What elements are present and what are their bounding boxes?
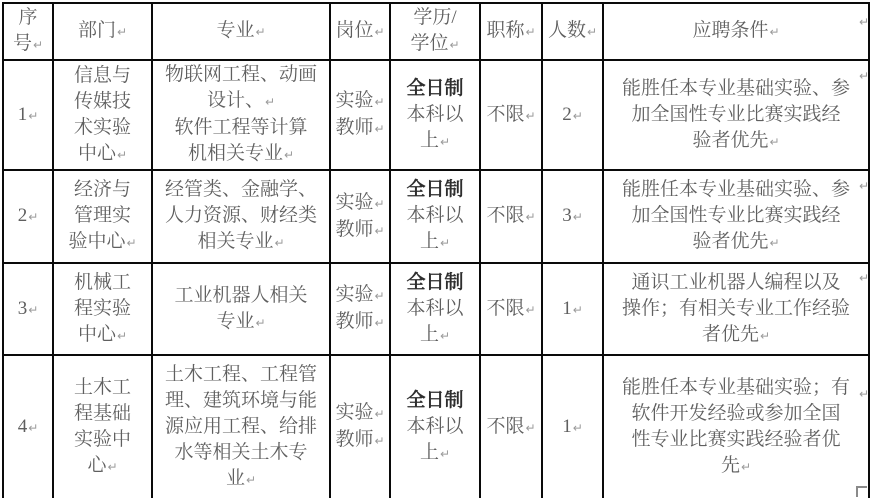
paragraph-mark-icon: ↵ [573, 210, 583, 224]
cell-position: 实验↵教师↵ [330, 263, 390, 355]
cell-position: 实验↵教师↵ [330, 355, 390, 498]
header-cell-conditions: 应聘条件↵ [603, 3, 869, 60]
education-bold-text: 全日制 [406, 78, 463, 99]
paragraph-mark-icon: ↵ [525, 25, 535, 39]
paragraph-mark-icon: ↵ [769, 135, 779, 149]
cell-conditions: 通识工业机器人编程以及 操作；有相关专业工作经验 者优先↵ [603, 263, 869, 355]
cell-no: 2↵ [3, 170, 53, 263]
cell-department: 土木工 程基础 实验中 心↵ [53, 355, 152, 498]
cell-text: 教师 [335, 311, 373, 332]
paragraph-mark-icon: ↵ [374, 197, 384, 211]
cell-text: 专业 [216, 20, 254, 41]
header-cell-department: 部门↵ [53, 3, 152, 60]
cell-text: 人数 [548, 20, 586, 41]
cell-title: 不限↵ [480, 355, 542, 498]
header-cell-title: 职称↵ [480, 3, 542, 60]
paragraph-mark-icon: ↵ [374, 316, 384, 330]
cell-text: 实验 [335, 402, 373, 423]
cell-text: 1 [18, 104, 28, 125]
cell-text: 2 [562, 104, 572, 125]
paragraph-mark-icon: ↵ [374, 434, 384, 448]
paragraph-mark-icon: ↵ [33, 38, 43, 52]
header-cell-education: 学历/ 学位↵ [390, 3, 480, 60]
cell-headcount: 3↵ [542, 170, 603, 263]
paragraph-mark-icon: ↵ [284, 148, 294, 162]
cell-text: 1 [562, 416, 572, 437]
cell-text: 3 [18, 298, 28, 319]
cell-text: 土木工程、工程管 理、建筑环境与能 源应用工程、给排 水等相关土木专 业 [165, 364, 317, 489]
cell-major: 工业机器人相关 专业↵ [152, 263, 330, 355]
cell-text: 岗位 [335, 20, 373, 41]
education-bold-text: 全日制 [406, 390, 463, 411]
paragraph-mark-icon: ↵ [374, 224, 384, 238]
cell-major: 物联网工程、动画 设计、↵软件工程等计算 机相关专业↵ [152, 60, 330, 170]
paragraph-mark-icon: ↵ [374, 289, 384, 303]
cell-text: 实验 [335, 90, 373, 111]
cell-title: 不限↵ [480, 263, 542, 355]
cell-text: 经管类、金融学、 人力资源、财经类 相关专业 [165, 179, 317, 252]
cell-text: 不限 [486, 205, 524, 226]
paragraph-mark-icon: ↵ [117, 148, 127, 162]
cell-text: 不限 [486, 298, 524, 319]
cell-no: 3↵ [3, 263, 53, 355]
cell-conditions: 能胜任本专业基础实验、参 加全国性专业比赛实践经 验者优先↵ [603, 170, 869, 263]
end-of-row-mark: ↵ [859, 272, 869, 284]
paragraph-mark-icon: ↵ [769, 236, 779, 250]
cell-text: 4 [18, 416, 28, 437]
cell-title: 不限↵ [480, 170, 542, 263]
education-bold-text: 全日制 [406, 272, 463, 293]
paragraph-mark-icon: ↵ [265, 95, 275, 109]
header-cell-position: 岗位↵ [330, 3, 390, 60]
cell-education: 全日制 本科以 上↵ [390, 60, 480, 170]
cell-text: 职称 [486, 20, 524, 41]
education-rest-text: 本科以 上 [406, 416, 463, 463]
cell-conditions: 能胜任本专业基础实验、参 加全国性专业比赛实践经 验者优先↵ [603, 60, 869, 170]
cell-text: 经济与 管理实 验中心 [68, 179, 131, 252]
cell-text: 教师 [335, 117, 373, 138]
paragraph-mark-icon: ↵ [525, 210, 535, 224]
cell-position: 实验↵教师↵ [330, 170, 390, 263]
paragraph-mark-icon: ↵ [374, 95, 384, 109]
cell-text: 能胜任本专业基础实验、参 加全国性专业比赛实践经 验者优先 [622, 78, 850, 151]
header-cell-headcount: 人数↵ [542, 3, 603, 60]
paragraph-mark-icon: ↵ [117, 329, 127, 343]
document-page: 序 号↵ 部门↵ 专业↵ 岗位↵ 学历/ 学位↵ 职称↵ 人数↵ 应聘条件↵ 1… [0, 0, 872, 498]
cell-text: 能胜任本专业基础实验、参 加全国性专业比赛实践经 验者优先 [622, 179, 850, 252]
paragraph-mark-icon: ↵ [274, 236, 284, 250]
cell-no: 4↵ [3, 355, 53, 498]
paragraph-mark-icon: ↵ [440, 447, 450, 461]
end-of-row-mark: ↵ [859, 16, 869, 28]
table-row: 2↵ 经济与 管理实 验中心↵ 经管类、金融学、 人力资源、财经类 相关专业↵ … [3, 170, 869, 263]
cell-text: 部门 [78, 20, 116, 41]
cell-text: 工业机器人相关 专业 [174, 285, 307, 332]
table-row: 4↵ 土木工 程基础 实验中 心↵ 土木工程、工程管 理、建筑环境与能 源应用工… [3, 355, 869, 498]
cell-text: 教师 [335, 219, 373, 240]
cell-text: 土木工 程基础 实验中 心 [74, 377, 131, 476]
paragraph-mark-icon: ↵ [374, 122, 384, 136]
end-of-row-mark: ↵ [859, 70, 869, 82]
cell-department: 机械工 程实验 中心↵ [53, 263, 152, 355]
cell-text: 应聘条件 [692, 20, 768, 41]
cell-education: 全日制 本科以 上↵ [390, 170, 480, 263]
cell-headcount: 2↵ [542, 60, 603, 170]
cell-headcount: 1↵ [542, 263, 603, 355]
table-resize-handle-icon [856, 486, 867, 497]
education-bold-text: 全日制 [406, 179, 463, 200]
paragraph-mark-icon: ↵ [449, 38, 459, 52]
paragraph-mark-icon: ↵ [117, 25, 127, 39]
header-cell-no: 序 号↵ [3, 3, 53, 60]
cell-department: 经济与 管理实 验中心↵ [53, 170, 152, 263]
cell-no: 1↵ [3, 60, 53, 170]
paragraph-mark-icon: ↵ [440, 135, 450, 149]
cell-text: 实验 [335, 284, 373, 305]
paragraph-mark-icon: ↵ [573, 421, 583, 435]
paragraph-mark-icon: ↵ [573, 109, 583, 123]
cell-text: 实验 [335, 192, 373, 213]
paragraph-mark-icon: ↵ [440, 236, 450, 250]
cell-education: 全日制 本科以 上↵ [390, 263, 480, 355]
paragraph-mark-icon: ↵ [28, 210, 38, 224]
table-row: 1↵ 信息与 传媒技 术实验 中心↵ 物联网工程、动画 设计、↵软件工程等计算 … [3, 60, 869, 170]
cell-text: 教师 [335, 429, 373, 450]
paragraph-mark-icon: ↵ [440, 329, 450, 343]
education-rest-text: 本科以 上 [406, 104, 463, 151]
paragraph-mark-icon: ↵ [760, 329, 770, 343]
cell-conditions: 能胜任本专业基础实验；有 软件开发经验或参加全国 性专业比赛实践经验者优 先↵ [603, 355, 869, 498]
cell-headcount: 1↵ [542, 355, 603, 498]
paragraph-mark-icon: ↵ [107, 460, 117, 474]
end-of-row-mark: ↵ [859, 388, 869, 400]
cell-department: 信息与 传媒技 术实验 中心↵ [53, 60, 152, 170]
cell-text: 1 [562, 298, 572, 319]
paragraph-mark-icon: ↵ [374, 25, 384, 39]
paragraph-mark-icon: ↵ [769, 25, 779, 39]
cell-text: 物联网工程、动画 设计、 [165, 64, 317, 111]
paragraph-mark-icon: ↵ [525, 421, 535, 435]
recruitment-table: 序 号↵ 部门↵ 专业↵ 岗位↵ 学历/ 学位↵ 职称↵ 人数↵ 应聘条件↵ 1… [2, 2, 870, 498]
header-cell-major: 专业↵ [152, 3, 330, 60]
paragraph-mark-icon: ↵ [741, 460, 751, 474]
paragraph-mark-icon: ↵ [525, 303, 535, 317]
paragraph-mark-icon: ↵ [126, 236, 136, 250]
cell-text: 不限 [486, 104, 524, 125]
cell-text: 3 [562, 205, 572, 226]
cell-major: 土木工程、工程管 理、建筑环境与能 源应用工程、给排 水等相关土木专 业↵ [152, 355, 330, 498]
paragraph-mark-icon: ↵ [246, 473, 256, 487]
cell-title: 不限↵ [480, 60, 542, 170]
cell-text: 不限 [486, 416, 524, 437]
paragraph-mark-icon: ↵ [255, 316, 265, 330]
cell-major: 经管类、金融学、 人力资源、财经类 相关专业↵ [152, 170, 330, 263]
paragraph-mark-icon: ↵ [28, 303, 38, 317]
end-of-row-mark: ↵ [859, 180, 869, 192]
header-row: 序 号↵ 部门↵ 专业↵ 岗位↵ 学历/ 学位↵ 职称↵ 人数↵ 应聘条件↵ [3, 3, 869, 60]
education-rest-text: 本科以 上 [406, 205, 463, 252]
cell-position: 实验↵教师↵ [330, 60, 390, 170]
cell-text: 2 [18, 205, 28, 226]
paragraph-mark-icon: ↵ [587, 25, 597, 39]
paragraph-mark-icon: ↵ [525, 109, 535, 123]
paragraph-mark-icon: ↵ [28, 421, 38, 435]
paragraph-mark-icon: ↵ [374, 407, 384, 421]
paragraph-mark-icon: ↵ [573, 303, 583, 317]
cell-education: 全日制 本科以 上↵ [390, 355, 480, 498]
table-row: 3↵ 机械工 程实验 中心↵ 工业机器人相关 专业↵ 实验↵教师↵ 全日制 本科… [3, 263, 869, 355]
cell-text: 通识工业机器人编程以及 操作；有相关专业工作经验 者优先 [622, 272, 850, 345]
paragraph-mark-icon: ↵ [255, 25, 265, 39]
paragraph-mark-icon: ↵ [28, 109, 38, 123]
cell-text: 能胜任本专业基础实验；有 软件开发经验或参加全国 性专业比赛实践经验者优 先 [622, 377, 850, 476]
education-rest-text: 本科以 上 [406, 298, 463, 345]
